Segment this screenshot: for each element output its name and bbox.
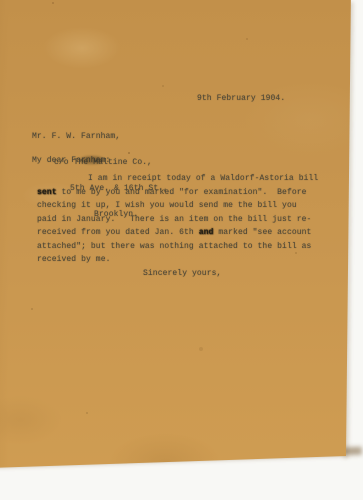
body-line: received from you dated Jan. 6th and mar… — [37, 226, 337, 240]
salutation: My dear Farnham: — [32, 156, 110, 165]
body-text: attached"; but there was nothing attache… — [37, 242, 311, 251]
body-text: received by me. — [37, 255, 111, 264]
body-text: paid in January. There is an item on the… — [37, 215, 311, 224]
body-line: sent to me by you and marked "for examin… — [37, 186, 337, 200]
letter-text-layer: 9th February 1904. Mr. F. W. Farnham, c/… — [0, 0, 363, 500]
body-line: checking it up, I wish you would send me… — [37, 199, 337, 213]
body-line: paid in January. There is an item on the… — [37, 213, 337, 227]
scanned-letter: 9th February 1904. Mr. F. W. Farnham, c/… — [0, 0, 363, 500]
recipient-name: Mr. F. W. Farnham, — [32, 133, 168, 142]
body-text: checking it up, I wish you would send me… — [37, 201, 297, 210]
smudged-word: sent — [37, 188, 57, 197]
body-text: received from you dated Jan. 6th — [37, 228, 199, 237]
body-text: I am in receipt today of a Waldorf-Astor… — [88, 174, 318, 183]
body-text: marked "see account — [213, 228, 311, 237]
body-text: to me by you and marked "for examination… — [57, 188, 307, 197]
closing: Sincerely yours, — [143, 269, 221, 278]
smudged-word: and — [199, 228, 214, 237]
letter-date: 9th February 1904. — [197, 94, 285, 103]
body-line: I am in receipt today of a Waldorf-Astor… — [37, 172, 337, 186]
body-line: attached"; but there was nothing attache… — [37, 240, 337, 254]
body-line: received by me. — [37, 253, 337, 267]
letter-body: I am in receipt today of a Waldorf-Astor… — [37, 172, 337, 267]
